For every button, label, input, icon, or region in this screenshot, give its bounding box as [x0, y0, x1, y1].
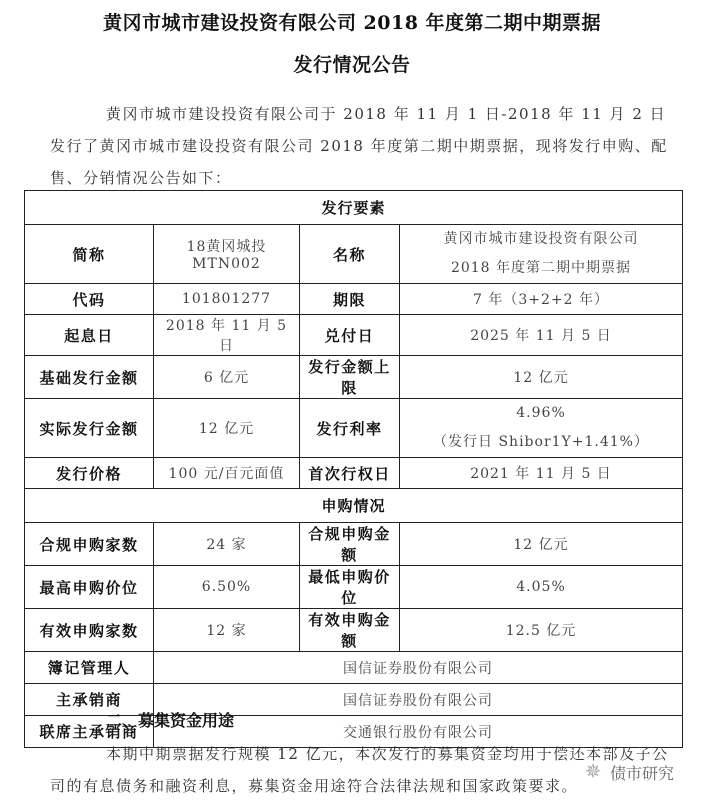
watermark-text: 债市研究	[610, 761, 674, 784]
value-maturity-date: 2025 年 11 月 5 日	[400, 315, 683, 356]
section-header-subscription: 申购情况	[25, 489, 683, 523]
label-term: 期限	[300, 284, 400, 315]
wechat-logo-icon: ✵	[580, 758, 606, 784]
label-code: 代码	[25, 284, 154, 315]
label-short-name: 简称	[25, 225, 154, 284]
label-compliant-bidders: 合规申购家数	[25, 523, 154, 566]
label-compliant-amount: 合规申购金额	[300, 523, 400, 566]
table-row: 最高申购价位 6.50% 最低申购价位 4.05%	[25, 566, 683, 609]
value-term: 7 年（3+2+2 年）	[400, 284, 683, 315]
label-amount-cap: 发行金额上限	[300, 356, 400, 399]
value-lowest-bid: 4.05%	[400, 566, 683, 609]
value-compliant-amount: 12 亿元	[400, 523, 683, 566]
label-base-amount: 基础发行金额	[25, 356, 154, 399]
value-full-name: 黄冈市城市建设投资有限公司 2018 年度第二期中期票据	[400, 225, 683, 284]
value-issue-price: 100 元/百元面值	[154, 458, 300, 489]
document-title-line1: 黄冈市城市建设投资有限公司 2018 年度第二期中期票据	[0, 8, 704, 35]
value-coupon-rate-line1: 4.96%	[404, 399, 678, 428]
value-full-name-line2: 2018 年度第二期中期票据	[404, 254, 678, 283]
label-maturity-date: 兑付日	[300, 315, 400, 356]
label-value-date: 起息日	[25, 315, 154, 356]
label-valid-amount: 有效申购金额	[300, 609, 400, 652]
value-short-name: 18黄冈城投MTN002	[154, 225, 300, 284]
value-full-name-line1: 黄冈市城市建设投资有限公司	[404, 225, 678, 254]
value-compliant-bidders: 24 家	[154, 523, 300, 566]
table-row: 起息日 2018 年 11 月 5 日 兑付日 2025 年 11 月 5 日	[25, 315, 683, 356]
intro-paragraph: 黄冈市城市建设投资有限公司于 2018 年 11 月 1 日-2018 年 11…	[50, 98, 670, 194]
label-actual-amount: 实际发行金额	[25, 399, 154, 458]
value-valid-amount: 12.5 亿元	[400, 609, 683, 652]
value-base-amount: 6 亿元	[154, 356, 300, 399]
label-issue-price: 发行价格	[25, 458, 154, 489]
table-row: 简称 18黄冈城投MTN002 名称 黄冈市城市建设投资有限公司 2018 年度…	[25, 225, 683, 284]
value-code: 101801277	[154, 284, 300, 315]
label-bookrunner: 簿记管理人	[25, 652, 154, 684]
value-bookrunner: 国信证券股份有限公司	[154, 652, 683, 684]
label-first-exercise-date: 首次行权日	[300, 458, 400, 489]
issuance-table: 发行要素 简称 18黄冈城投MTN002 名称 黄冈市城市建设投资有限公司 20…	[24, 190, 683, 748]
label-coupon-rate: 发行利率	[300, 399, 400, 458]
label-full-name: 名称	[300, 225, 400, 284]
label-valid-bidders: 有效申购家数	[25, 609, 154, 652]
table-row: 代码 101801277 期限 7 年（3+2+2 年）	[25, 284, 683, 315]
table-row: 有效申购家数 12 家 有效申购金额 12.5 亿元	[25, 609, 683, 652]
document-title-line2: 发行情况公告	[0, 50, 704, 77]
table-row: 实际发行金额 12 亿元 发行利率 4.96% （发行日 Shibor1Y+1.…	[25, 399, 683, 458]
table-row: 发行价格 100 元/百元面值 首次行权日 2021 年 11 月 5 日	[25, 458, 683, 489]
label-highest-bid: 最高申购价位	[25, 566, 154, 609]
value-valid-bidders: 12 家	[154, 609, 300, 652]
use-of-proceeds-paragraph: 本期中期票据发行规模 12 亿元，本次发行的募集资金均用于偿还本部及子公司的有息…	[50, 738, 670, 802]
value-value-date: 2018 年 11 月 5 日	[154, 315, 300, 356]
table-row: 基础发行金额 6 亿元 发行金额上限 12 亿元	[25, 356, 683, 399]
table-row: 簿记管理人 国信证券股份有限公司	[25, 652, 683, 684]
value-coupon-rate: 4.96% （发行日 Shibor1Y+1.41%）	[400, 399, 683, 458]
section-heading-use-of-proceeds: 二、募集资金用途	[106, 708, 234, 731]
section-header-issuance-elements: 发行要素	[25, 191, 683, 225]
label-lowest-bid: 最低申购价位	[300, 566, 400, 609]
table-row: 合规申购家数 24 家 合规申购金额 12 亿元	[25, 523, 683, 566]
value-highest-bid: 6.50%	[154, 566, 300, 609]
value-first-exercise-date: 2021 年 11 月 5 日	[400, 458, 683, 489]
value-amount-cap: 12 亿元	[400, 356, 683, 399]
value-coupon-rate-line2: （发行日 Shibor1Y+1.41%）	[404, 428, 678, 457]
value-actual-amount: 12 亿元	[154, 399, 300, 458]
